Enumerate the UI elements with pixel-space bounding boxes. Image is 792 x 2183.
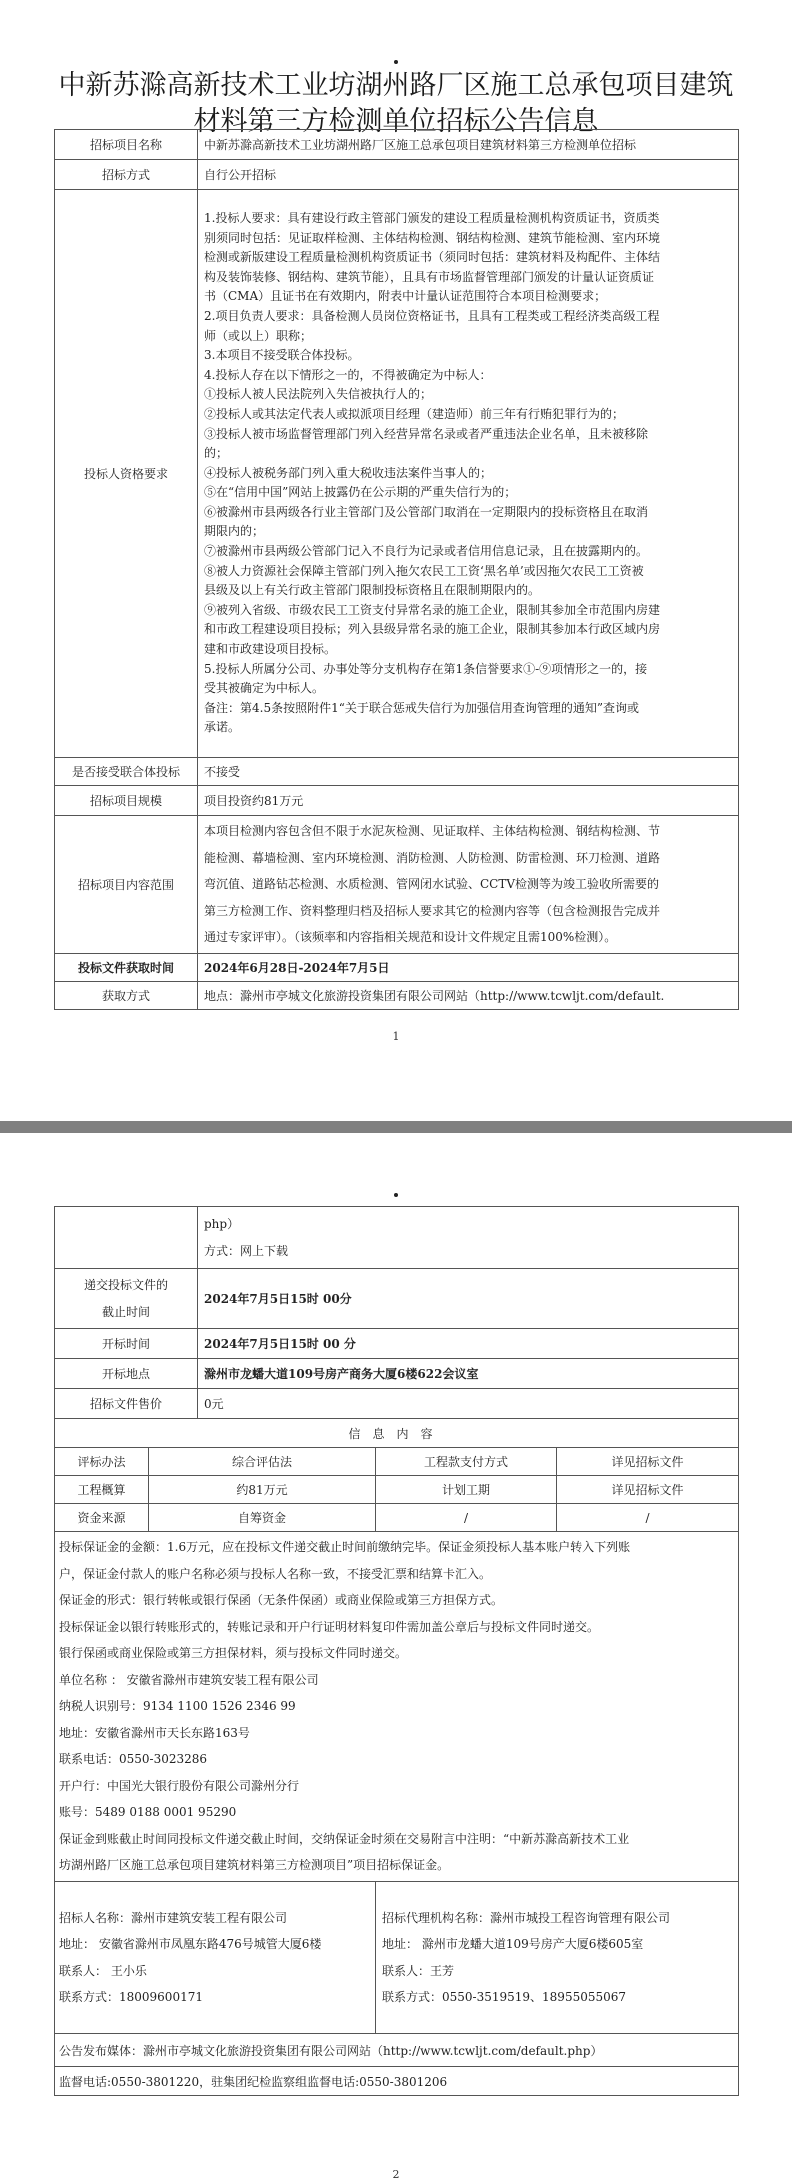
deposit-line: 户，保证金付款人的账户名称必须与投标人名称一致，不接受汇票和结算卡汇入。 <box>59 1561 732 1588</box>
label-fetch-method: 获取方式 <box>55 982 198 1010</box>
value-fetch-method: 地点：滁州市亭城文化旅游投资集团有限公司网站（http://www.tcwljt… <box>198 982 739 1010</box>
table-row-scope: 招标项目内容范围 本项目检测内容包含但不限于水泥灰检测、见证取样、主体结构检测、… <box>55 816 739 954</box>
label-price: 招标文件售价 <box>55 1389 198 1419</box>
tenderer-phone: 联系方式：18009600171 <box>59 1984 369 2011</box>
info-cell-value: 综合评估法 <box>149 1448 376 1476</box>
qualification-line: ⑨被列入省级、市级农民工工资支付异常名录的施工企业，限制其参加全市范围内房建 <box>204 601 732 621</box>
deposit-line: 保证金的形式：银行转帐或银行保函（无条件保函）或商业保险或第三方担保方式。 <box>59 1587 732 1614</box>
qualification-line: 别须同时包括：见证取样检测、主体结构检测、钢结构检测、建筑节能检测、室内环境 <box>204 229 732 249</box>
value-price: 0元 <box>198 1389 739 1419</box>
info-cell-label: 计划工期 <box>376 1476 557 1504</box>
page-separator <box>0 1121 792 1133</box>
qualification-line: 建和市政建设项目投标。 <box>204 640 732 660</box>
value-open-time: 2024年7月5日15时 00 分 <box>198 1329 739 1359</box>
value-consortium: 不接受 <box>198 758 739 786</box>
table-row-fetch-method: 获取方式 地点：滁州市亭城文化旅游投资集团有限公司网站（http://www.t… <box>55 982 739 1010</box>
deposit-line: 账号：5489 0188 0001 95290 <box>59 1799 732 1826</box>
qualification-line: 5.投标人所属分公司、办事处等分支机构存在第1条信誉要求①-⑨项情形之一的，接 <box>204 660 732 680</box>
table-row-open-time: 开标时间 2024年7月5日15时 00 分 <box>55 1329 739 1359</box>
agency-address: 地址： 滁州市龙蟠大道109号房产大厦6楼605室 <box>382 1931 732 1958</box>
qualification-line: ⑥被滁州市县两级各行业主管部门及公管部门取消在一定期限内的投标资格且在取消 <box>204 503 732 523</box>
deposit-line: 银行保函或商业保险或第三方担保材料，须与投标文件同时递交。 <box>59 1640 732 1667</box>
deposit-line: 保证金到账截止时间同投标文件递交截止时间，交纳保证金时须在交易附言中注明：“中新… <box>59 1826 732 1853</box>
info-cell-label: 资金来源 <box>55 1504 149 1532</box>
qualification-line: 4.投标人存在以下情形之一的，不得被确定为中标人： <box>204 366 732 386</box>
qualification-line: 书（CMA）且证书在有效期内，附表中计量认证范围符合本项目检测要求； <box>204 287 732 307</box>
qualification-line: 2.项目负责人要求：具备检测人员岗位资格证书，且具有工程类或工程经济类高级工程 <box>204 307 732 327</box>
tenderer-info: 招标人名称：滁州市建筑安装工程有限公司 地址： 安徽省滁州市凤凰东路476号城管… <box>55 1882 376 2034</box>
qualification-line: 3.本项目不接受联合体投标。 <box>204 346 732 366</box>
info-cell-label: 工程概算 <box>55 1476 149 1504</box>
value-tender-method: 自行公开招标 <box>198 160 739 190</box>
publication-media: 公告发布媒体：滁州市亭城文化旅游投资集团有限公司网站（http://www.tc… <box>55 2034 739 2067</box>
page-marker-dot <box>394 1193 398 1197</box>
qualification-line: 期限内的； <box>204 522 732 542</box>
agency-info: 招标代理机构名称：滁州市城投工程咨询管理有限公司 地址： 滁州市龙蟠大道109号… <box>376 1882 739 2034</box>
label-open-time: 开标时间 <box>55 1329 198 1359</box>
table-row-fetch-method-cont: php） 方式：网上下载 <box>55 1207 739 1269</box>
page-marker-dot <box>394 60 398 64</box>
document-page-1: 中新苏滁高新技术工业坊湖州路厂区施工总承包项目建筑 材料第三方检测单位招标公告信… <box>0 0 792 1121</box>
table-row-project-scale: 招标项目规模 项目投资约81万元 <box>55 786 739 816</box>
table-row-media: 公告发布媒体：滁州市亭城文化旅游投资集团有限公司网站（http://www.tc… <box>55 2034 739 2067</box>
supervision-phone: 监督电话:0550-3801220，驻集团纪检监察组监督电话:0550-3801… <box>55 2067 739 2096</box>
tenderer-contact: 联系人： 王小乐 <box>59 1958 369 1985</box>
info-cell-value: 详见招标文件 <box>557 1476 739 1504</box>
qualification-line: 县级及以上有关行政主管部门限制投标资格且在限制期限内的。 <box>204 581 732 601</box>
label-project-name: 招标项目名称 <box>55 130 198 160</box>
qualification-line: 构及装饰装修、钢结构、建筑节能），且具有市场监督管理部门颁发的计量认证资质证 <box>204 268 732 288</box>
scope-line: 本项目检测内容包含但不限于水泥灰检测、见证取样、主体结构检测、钢结构检测、节 <box>204 818 732 845</box>
label-deadline: 递交投标文件的 截止时间 <box>55 1269 198 1329</box>
document-page-2: php） 方式：网上下载 递交投标文件的 截止时间 2024年7月5日15时 0… <box>0 1133 792 2183</box>
label-empty <box>55 1207 198 1269</box>
tenderer-name: 招标人名称：滁州市建筑安装工程有限公司 <box>59 1905 369 1932</box>
value-project-name: 中新苏滁高新技术工业坊湖州路厂区施工总承包项目建筑材料第三方检测单位招标 <box>198 130 739 160</box>
qualification-line: 和市政工程建设项目投标；列入县级异常名录的施工企业，限制其参加本行政区域内房 <box>204 620 732 640</box>
info-cell-label: 评标办法 <box>55 1448 149 1476</box>
fetch-mode: 方式：网上下载 <box>204 1238 732 1265</box>
qualification-line: ①投标人被人民法院列入失信被执行人的； <box>204 385 732 405</box>
label-open-place: 开标地点 <box>55 1359 198 1389</box>
qualification-line: 受其被确定为中标人。 <box>204 679 732 699</box>
deposit-line: 单位名称 ： 安徽省滁州市建筑安装工程有限公司 <box>59 1667 732 1694</box>
document-title-line-1: 中新苏滁高新技术工业坊湖州路厂区施工总承包项目建筑 <box>0 68 792 104</box>
deposit-line: 纳税人识别号：9134 1100 1526 2346 99 <box>59 1693 732 1720</box>
value-project-scale: 项目投资约81万元 <box>198 786 739 816</box>
deposit-line: 地址：安徽省滁州市天长东路163号 <box>59 1720 732 1747</box>
label-scope: 招标项目内容范围 <box>55 816 198 954</box>
qualification-line: 1.投标人要求：具有建设行政主管部门颁发的建设工程质量检测机构资质证书，资质类 <box>204 209 732 229</box>
deposit-line: 坊湖州路厂区施工总承包项目建筑材料第三方检测项目”项目招标保证金。 <box>59 1852 732 1879</box>
info-row: 资金来源 自筹资金 / / <box>55 1504 739 1532</box>
fetch-url-tail: php） <box>204 1211 732 1238</box>
table-row-supervision: 监督电话:0550-3801220，驻集团纪检监察组监督电话:0550-3801… <box>55 2067 739 2096</box>
qualification-line: ③投标人被市场监督管理部门列入经营异常名录或者严重违法企业名单，且未被移除 <box>204 425 732 445</box>
label-deadline-line-1: 递交投标文件的 <box>61 1272 191 1299</box>
info-cell-value: 约81万元 <box>149 1476 376 1504</box>
qualification-line: ⑧被人力资源社会保障主管部门列入拖欠农民工工资‘黑名单’或因拖欠农民工工资被 <box>204 562 732 582</box>
announcement-table-page-2: php） 方式：网上下载 递交投标文件的 截止时间 2024年7月5日15时 0… <box>54 1206 739 2096</box>
info-row: 评标办法 综合评估法 工程款支付方式 详见招标文件 <box>55 1448 739 1476</box>
deposit-line: 开户行：中国光大银行股份有限公司滁州分行 <box>59 1773 732 1800</box>
value-scope: 本项目检测内容包含但不限于水泥灰检测、见证取样、主体结构检测、钢结构检测、节 能… <box>198 816 739 954</box>
deposit-info: 投标保证金的金额：1.6万元，应在投标文件递交截止时间前缴纳完毕。保证金须投标人… <box>55 1532 739 1882</box>
label-consortium: 是否接受联合体投标 <box>55 758 198 786</box>
table-row-deposit: 投标保证金的金额：1.6万元，应在投标文件递交截止时间前缴纳完毕。保证金须投标人… <box>55 1532 739 1882</box>
table-row-consortium: 是否接受联合体投标 不接受 <box>55 758 739 786</box>
table-row-qualification: 投标人资格要求 1.投标人要求：具有建设行政主管部门颁发的建设工程质量检测机构资… <box>55 190 739 758</box>
page-number: 1 <box>0 1030 792 1043</box>
agency-phone: 联系方式：0550-3519519、18955055067 <box>382 1984 732 2011</box>
table-row-open-place: 开标地点 滁州市龙蟠大道109号房产商务大厦6楼622会议室 <box>55 1359 739 1389</box>
table-row-project-name: 招标项目名称 中新苏滁高新技术工业坊湖州路厂区施工总承包项目建筑材料第三方检测单… <box>55 130 739 160</box>
page-number: 2 <box>0 2168 792 2181</box>
agency-contact: 联系人：王芳 <box>382 1958 732 1985</box>
info-cell-label: 工程款支付方式 <box>376 1448 557 1476</box>
deposit-line: 投标保证金以银行转账形式的，转账记录和开户行证明材料复印件需加盖公章后与投标文件… <box>59 1614 732 1641</box>
table-row-fetch-time: 投标文件获取时间 2024年6月28日-2024年7月5日 <box>55 954 739 982</box>
table-row-price: 招标文件售价 0元 <box>55 1389 739 1419</box>
qualification-line: 的； <box>204 444 732 464</box>
table-row-deadline: 递交投标文件的 截止时间 2024年7月5日15时 00分 <box>55 1269 739 1329</box>
announcement-table-page-1: 招标项目名称 中新苏滁高新技术工业坊湖州路厂区施工总承包项目建筑材料第三方检测单… <box>54 129 739 1010</box>
scope-line: 弯沉值、道路钻芯检测、水质检测、管网闭水试验、CCTV检测等为竣工验收所需要的 <box>204 871 732 898</box>
qualification-line: ④投标人被税务部门列入重大税收违法案件当事人的； <box>204 464 732 484</box>
value-qualification: 1.投标人要求：具有建设行政主管部门颁发的建设工程质量检测机构资质证书，资质类 … <box>198 190 739 758</box>
qualification-line: ⑦被滁州市县两级公管部门记入不良行为记录或者信用信息记录，且在披露期内的。 <box>204 542 732 562</box>
qualification-line: 承诺。 <box>204 718 732 738</box>
value-fetch-method-cont: php） 方式：网上下载 <box>198 1207 739 1269</box>
agency-name: 招标代理机构名称：滁州市城投工程咨询管理有限公司 <box>382 1905 732 1932</box>
info-cell-value: 详见招标文件 <box>557 1448 739 1476</box>
info-cell-value: / <box>557 1504 739 1532</box>
info-row: 工程概算 约81万元 计划工期 详见招标文件 <box>55 1476 739 1504</box>
label-fetch-time: 投标文件获取时间 <box>55 954 198 982</box>
value-fetch-time: 2024年6月28日-2024年7月5日 <box>198 954 739 982</box>
scope-line: 通过专家评审）。（该频率和内容指相关规范和设计文件规定且需100%检测）。 <box>204 924 732 951</box>
info-section-header: 信息内容 <box>55 1419 739 1448</box>
label-qualification: 投标人资格要求 <box>55 190 198 758</box>
table-row-info-header: 信息内容 <box>55 1419 739 1448</box>
scope-line: 能检测、幕墙检测、室内环境检测、消防检测、人防检测、防雷检测、环刀检测、道路 <box>204 845 732 872</box>
qualification-line: 检测或新版建设工程质量检测机构资质证书（须同时包括：建筑材料及构配件、主体结 <box>204 248 732 268</box>
qualification-line: 备注：第4.5条按照附件1“关于联合惩戒失信行为加强信用查询管理的通知”查询或 <box>204 699 732 719</box>
info-cell-value: 自筹资金 <box>149 1504 376 1532</box>
value-open-place: 滁州市龙蟠大道109号房产商务大厦6楼622会议室 <box>198 1359 739 1389</box>
table-row-parties: 招标人名称：滁州市建筑安装工程有限公司 地址： 安徽省滁州市凤凰东路476号城管… <box>55 1882 739 2034</box>
label-project-scale: 招标项目规模 <box>55 786 198 816</box>
table-row-tender-method: 招标方式 自行公开招标 <box>55 160 739 190</box>
deposit-line: 联系电话：0550-3023286 <box>59 1746 732 1773</box>
value-deadline: 2024年7月5日15时 00分 <box>198 1269 739 1329</box>
label-tender-method: 招标方式 <box>55 160 198 190</box>
qualification-line: ②投标人或其法定代表人或拟派项目经理（建造师）前三年有行贿犯罪行为的； <box>204 405 732 425</box>
qualification-line: ⑤在“信用中国”网站上披露仍在公示期的严重失信行为的； <box>204 483 732 503</box>
scope-line: 第三方检测工作、资料整理归档及招标人要求其它的检测内容等（包含检测报告完成并 <box>204 898 732 925</box>
tenderer-address: 地址： 安徽省滁州市凤凰东路476号城管大厦6楼 <box>59 1931 369 1958</box>
info-cell-label: / <box>376 1504 557 1532</box>
label-deadline-line-2: 截止时间 <box>61 1299 191 1326</box>
qualification-line: 师（或以上）职称； <box>204 327 732 347</box>
deposit-line: 投标保证金的金额：1.6万元，应在投标文件递交截止时间前缴纳完毕。保证金须投标人… <box>59 1534 732 1561</box>
